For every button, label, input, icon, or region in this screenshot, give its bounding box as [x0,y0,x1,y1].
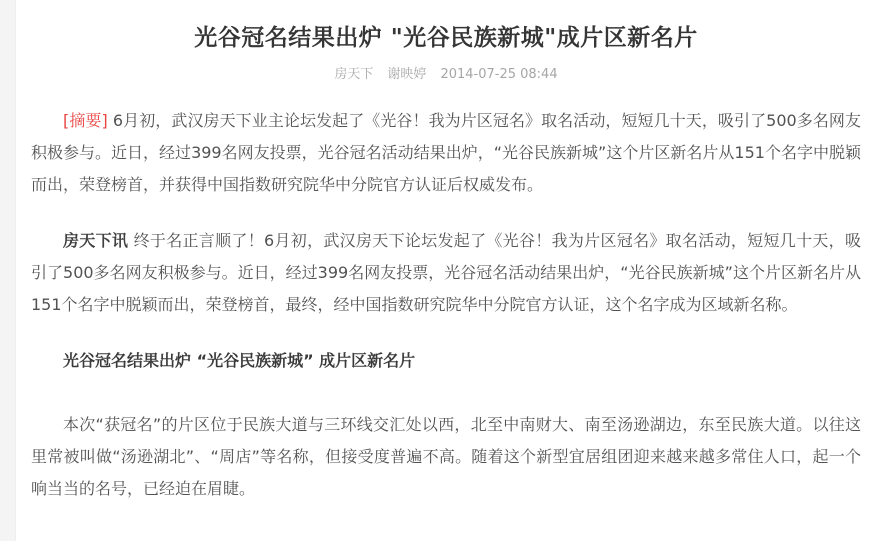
report-text: 终于名正言顺了！6月初，武汉房天下论坛发起了《光谷！我为片区冠名》取名活动，短短… [31,231,861,314]
left-gutter [0,0,16,541]
article-content: 光谷冠名结果出炉 "光谷民族新城"成片区新名片 房天下谢映婷2014-07-25… [16,0,877,541]
article-page: 光谷冠名结果出炉 "光谷民族新城"成片区新名片 房天下谢映婷2014-07-25… [0,0,877,541]
report-paragraph: 房天下讯 终于名正言顺了！6月初，武汉房天下论坛发起了《光谷！我为片区冠名》取名… [31,225,861,321]
page-title: 光谷冠名结果出炉 "光谷民族新城"成片区新名片 [31,22,861,54]
meta-datetime: 2014-07-25 08:44 [440,67,557,82]
abstract-paragraph: [摘要] 6月初，武汉房天下业主论坛发起了《光谷！我为片区冠名》取名活动，短短几… [31,105,861,201]
body-paragraph: 本次“获冠名”的片区位于民族大道与三环线交汇处以西，北至中南财大、南至汤逊湖边，… [31,409,861,505]
meta-author: 谢映婷 [387,67,426,82]
report-lead: 房天下讯 [63,231,128,250]
abstract-label: [摘要] [63,111,108,130]
meta-source: 房天下 [334,67,373,82]
abstract-text: 6月初，武汉房天下业主论坛发起了《光谷！我为片区冠名》取名活动，短短几十天，吸引… [31,111,861,194]
article-body: [摘要] 6月初，武汉房天下业主论坛发起了《光谷！我为片区冠名》取名活动，短短几… [31,105,861,505]
article-subheading: 光谷冠名结果出炉 “光谷民族新城” 成片区新名片 [31,345,861,377]
article-meta: 房天下谢映婷2014-07-25 08:44 [31,66,861,84]
